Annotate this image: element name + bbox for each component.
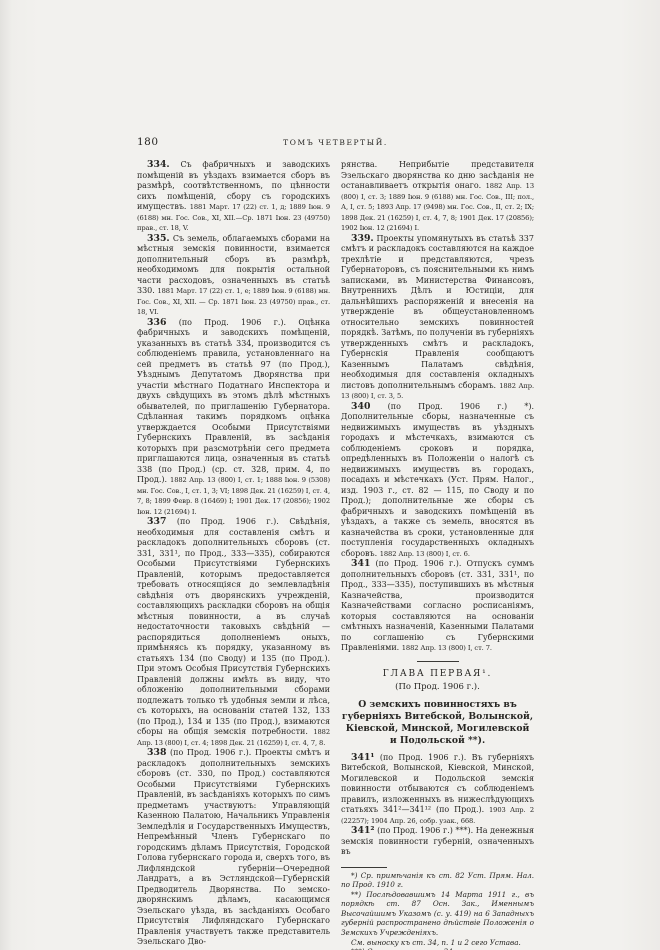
- article-number: 341²: [351, 825, 374, 836]
- article-citation: 1881 Март. 17 (22) ст. 1, е; 1889 Іюн. 9…: [137, 287, 330, 316]
- article-number: 334.: [147, 159, 170, 170]
- footnote-2-continued: См. выноску къ ст. 34, п. 1 и 2 сего Уст…: [341, 938, 534, 948]
- article-337: 337 (по Прод. 1906 г.). Свѣдѣнія, необхо…: [137, 517, 330, 748]
- chapter-title: ГЛАВА ПЕРВАЯ¹.: [341, 669, 534, 679]
- left-column: 334. Съ фабричныхъ и заводскихъ помѣщені…: [137, 160, 330, 950]
- chapter-heading: О земскихъ повинностяхъ въ губерніяхъ Ви…: [341, 699, 534, 747]
- chapter-subtitle: (По Прод. 1906 г.).: [341, 682, 534, 692]
- section-divider-rule: [417, 661, 459, 662]
- article-qualifier: (по Прод. 1906 г.).: [166, 517, 278, 526]
- article-number: 341: [351, 558, 370, 569]
- article-number: 338: [147, 747, 166, 758]
- article-336: 336 (по Прод. 1906 г.). Оцѣнка фабричных…: [137, 318, 330, 518]
- article-qualifier: (по Прод. 1906 г.) ***).: [374, 826, 473, 835]
- article-qualifier: (по Прод. 1906 г.) *).: [370, 402, 534, 411]
- article-341-2: 341² (по Прод. 1906 г.) ***). На денежны…: [341, 826, 534, 858]
- article-339: 339. Проекты упомянутыхъ въ статьѣ 337 с…: [341, 234, 534, 402]
- article-334: 334. Съ фабричныхъ и заводскихъ помѣщені…: [137, 160, 330, 234]
- article-341-1: 341¹ (по Прод. 1906 г.). Въ губерніяхъ В…: [341, 753, 534, 827]
- article-text: Дополнительные сборы, назначенные съ нед…: [341, 412, 534, 558]
- footnote-separator-rule: [341, 867, 387, 868]
- article-number: 337: [147, 516, 166, 527]
- article-text: Проекты смѣтъ и раскладокъ дополнительны…: [137, 748, 330, 946]
- article-text: Отпускъ суммъ дополнительныхъ сборовъ (с…: [341, 559, 534, 652]
- footnote-block: *) Ср. примѣчанія къ ст. 82 Уст. Прям. Н…: [341, 867, 534, 950]
- footnote-1: *) Ср. примѣчанія къ ст. 82 Уст. Прям. Н…: [341, 871, 534, 890]
- article-qualifier: (по Прод. 1906 г.).: [166, 318, 286, 327]
- article-citation: 1882 Апр. 13 (800) I, ст. 6.: [380, 550, 470, 558]
- article-text: Проекты упомянутыхъ въ статьѣ 337 смѣтъ …: [341, 234, 534, 390]
- text-columns: 334. Съ фабричныхъ и заводскихъ помѣщені…: [137, 160, 534, 950]
- article-number: 339.: [351, 233, 374, 244]
- article-citation: 1882 Апр. 13 (800) I, ст. 7.: [402, 644, 492, 652]
- article-340: 340 (по Прод. 1906 г.) *). Дополнительны…: [341, 402, 534, 560]
- article-338-continuation: рянства. Неприбытіе представителя Эзельс…: [341, 160, 534, 234]
- article-335: 335. Съ земель, облагаемыхъ сборами на м…: [137, 234, 330, 318]
- article-341: 341 (по Прод. 1906 г.). Отпускъ суммъ до…: [341, 559, 534, 654]
- article-number: 341¹: [351, 752, 374, 763]
- article-qualifier: (по Прод. 1906 г.).: [374, 753, 466, 762]
- article-qualifier: (по Прод. 1906 г.).: [370, 559, 461, 568]
- article-text: Свѣдѣнія, необходимыя для составленія см…: [137, 517, 330, 736]
- article-number: 340: [351, 401, 370, 412]
- article-qualifier: (по Прод. 1906 г.).: [166, 748, 251, 757]
- book-page: 180 ТОМЪ ЧЕТВЕРТЫЙ. 334. Съ фабричныхъ и…: [0, 0, 660, 950]
- article-text: Оцѣнка фабричныхъ и заводскихъ помѣщеній…: [137, 318, 330, 485]
- running-title: ТОМЪ ЧЕТВЕРТЫЙ.: [137, 138, 534, 147]
- article-number: 335.: [147, 233, 170, 244]
- article-338: 338 (по Прод. 1906 г.). Проекты смѣтъ и …: [137, 748, 330, 948]
- footnote-2: **) Послѣдовавшимъ 14 Марта 1911 г., въ …: [341, 890, 534, 938]
- article-number: 336: [147, 317, 166, 328]
- right-column: рянства. Неприбытіе представителя Эзельс…: [341, 160, 534, 950]
- page-header: 180 ТОМЪ ЧЕТВЕРТЫЙ.: [137, 136, 534, 152]
